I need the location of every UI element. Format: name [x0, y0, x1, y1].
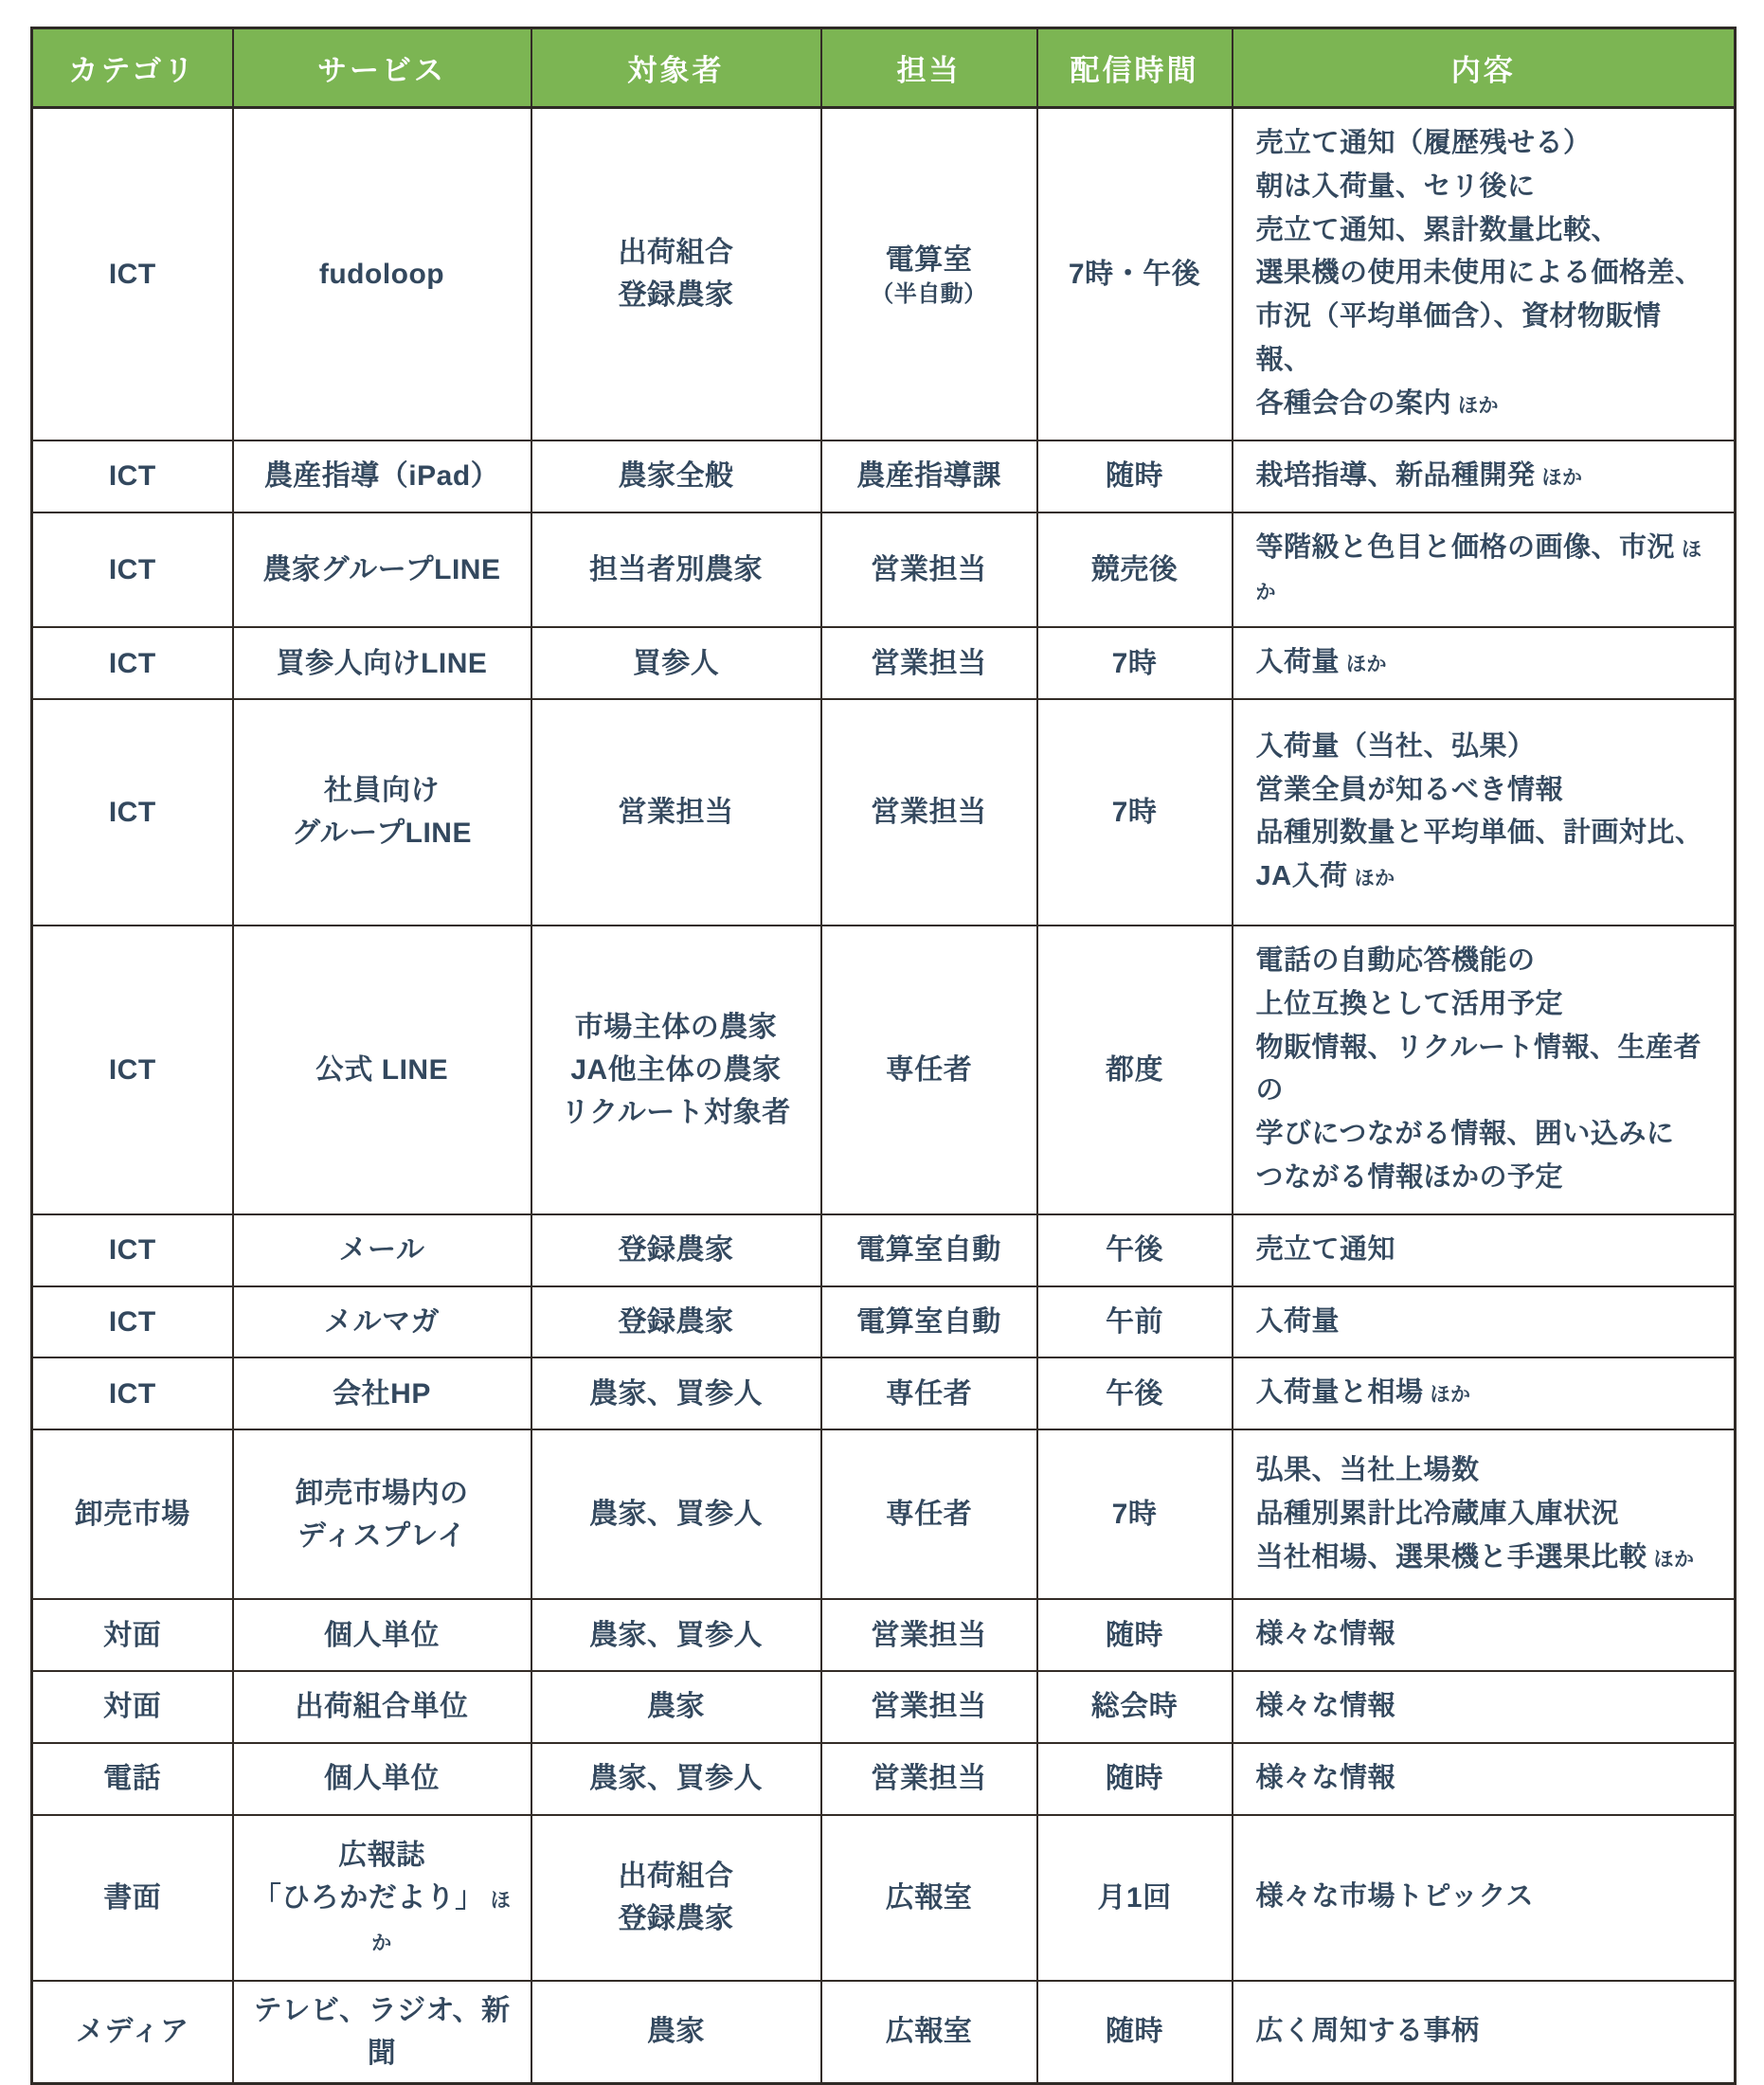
cell-staff: 電算室（半自動）: [821, 108, 1037, 440]
time-text: 月1回: [1097, 1882, 1171, 1914]
column-header-target: 対象者: [531, 28, 821, 108]
time-text: 7時: [1112, 1499, 1158, 1530]
cell-category: ICT: [32, 108, 233, 440]
cell-content: 入荷量: [1233, 1286, 1736, 1358]
cell-staff: 営業担当: [821, 1671, 1037, 1743]
cell-content: 様々な市場トピックス: [1233, 1815, 1736, 1981]
cell-content: 様々な情報: [1233, 1671, 1736, 1743]
cell-target: 農家、買参人: [531, 1429, 821, 1599]
time-text: 7時: [1112, 648, 1158, 679]
content-suffix: ほか: [1355, 868, 1395, 890]
time-text: 競売後: [1091, 554, 1179, 585]
time-text: 午前: [1106, 1306, 1163, 1338]
staff-text: 電算室: [886, 244, 973, 276]
time-text: 7時: [1112, 797, 1158, 828]
cell-time: 7時・午後: [1037, 108, 1233, 440]
content-text: 入荷量と相場: [1256, 1377, 1424, 1408]
service-text: 会社HP: [333, 1378, 431, 1410]
cell-time: 随時: [1037, 1981, 1233, 2084]
service-text: 農産指導（iPad）: [264, 460, 499, 492]
cell-time: 7時: [1037, 1429, 1233, 1599]
cell-service: fudoloop: [233, 108, 531, 440]
cell-time: 随時: [1037, 1743, 1233, 1815]
table-row: 書面 広報誌 「ひろかだより」ほか 出荷組合 登録農家 広報室 月1回 様々な市…: [32, 1815, 1736, 1981]
cell-staff: 電算室自動: [821, 1286, 1037, 1358]
table-row: ICT メール 登録農家 電算室自動 午後 売立て通知: [32, 1214, 1736, 1286]
target-text: 営業担当: [619, 797, 734, 828]
content-text: 入荷量（当社、弘果） 営業全員が知るべき情報 品種別数量と平均単価、計画対比、 …: [1256, 731, 1703, 891]
time-text: 随時: [1106, 1620, 1163, 1651]
target-text: 農家全般: [619, 460, 734, 492]
cell-time: 7時: [1037, 627, 1233, 699]
time-text: 随時: [1106, 1763, 1163, 1794]
column-header-time: 配信時間: [1037, 28, 1233, 108]
cell-content: 電話の自動応答機能の 上位互換として活用予定 物販情報、リクルート情報、生産者の…: [1233, 926, 1736, 1214]
cell-service: 卸売市場内の ディスプレイ: [233, 1429, 531, 1599]
cell-category: ICT: [32, 440, 233, 512]
cell-category: ICT: [32, 926, 233, 1214]
time-text: 午後: [1106, 1234, 1163, 1266]
target-text: 出荷組合 登録農家: [619, 237, 734, 311]
target-text: 農家: [647, 2016, 705, 2047]
cell-time: 月1回: [1037, 1815, 1233, 1981]
cell-content: 様々な情報: [1233, 1599, 1736, 1671]
content-text: 弘果、当社上場数 品種別累計比冷蔵庫入庫状況 当社相場、選果機と手選果比較: [1256, 1455, 1647, 1573]
content-text: 等階級と色目と価格の画像、市況: [1256, 532, 1676, 563]
cell-content: 栽培指導、新品種開発ほか: [1233, 440, 1736, 512]
staff-text: 電算室自動: [856, 1306, 1001, 1338]
content-suffix: ほか: [1542, 467, 1583, 489]
cell-service: 広報誌 「ひろかだより」ほか: [233, 1815, 531, 1981]
table-row: 卸売市場 卸売市場内の ディスプレイ 農家、買参人 専任者 7時 弘果、当社上場…: [32, 1429, 1736, 1599]
cell-target: 登録農家: [531, 1214, 821, 1286]
service-text: メルマガ: [324, 1306, 440, 1338]
cell-category: ICT: [32, 627, 233, 699]
cell-category: ICT: [32, 1286, 233, 1358]
time-text: 7時・午後: [1069, 259, 1200, 290]
category-text: 卸売市場: [75, 1499, 190, 1530]
cell-content: 等階級と色目と価格の画像、市況ほか: [1233, 512, 1736, 628]
cell-staff: 営業担当: [821, 627, 1037, 699]
cell-content: 広く周知する事柄: [1233, 1981, 1736, 2084]
category-text: 電話: [103, 1763, 161, 1794]
category-text: ICT: [109, 554, 156, 585]
cell-category: 対面: [32, 1599, 233, 1671]
cell-target: 農家、買参人: [531, 1357, 821, 1429]
cell-time: 都度: [1037, 926, 1233, 1214]
cell-time: 午前: [1037, 1286, 1233, 1358]
cell-staff: 専任者: [821, 926, 1037, 1214]
cell-staff: 電算室自動: [821, 1214, 1037, 1286]
service-text: 個人単位: [324, 1763, 440, 1794]
target-text: 登録農家: [619, 1306, 734, 1338]
table-row: ICT メルマガ 登録農家 電算室自動 午前 入荷量: [32, 1286, 1736, 1358]
service-text: 広報誌 「ひろかだより」: [253, 1840, 484, 1914]
service-text: メール: [339, 1234, 425, 1266]
cell-staff: 広報室: [821, 1981, 1037, 2084]
header-row: カテゴリ サービス 対象者 担当 配信時間 内容: [32, 28, 1736, 108]
staff-text: 広報室: [886, 2016, 973, 2047]
cell-target: 登録農家: [531, 1286, 821, 1358]
cell-target: 営業担当: [531, 699, 821, 926]
table-row: ICT 公式 LINE 市場主体の農家 JA他主体の農家 リクルート対象者 専任…: [32, 926, 1736, 1214]
target-text: 農家、買参人: [589, 1378, 763, 1410]
table-row: ICT 会社HP 農家、買参人 専任者 午後 入荷量と相場ほか: [32, 1357, 1736, 1429]
staff-text: 営業担当: [872, 1620, 987, 1651]
column-header-category: カテゴリ: [32, 28, 233, 108]
target-text: 買参人: [633, 648, 720, 679]
cell-staff: 営業担当: [821, 512, 1037, 628]
cell-service: 農産指導（iPad）: [233, 440, 531, 512]
category-text: ICT: [109, 1378, 156, 1410]
cell-category: ICT: [32, 512, 233, 628]
cell-service: メール: [233, 1214, 531, 1286]
cell-target: 農家: [531, 1671, 821, 1743]
content-suffix: ほか: [1346, 654, 1387, 675]
category-text: 書面: [103, 1882, 161, 1914]
cell-content: 入荷量ほか: [1233, 627, 1736, 699]
cell-target: 出荷組合 登録農家: [531, 108, 821, 440]
category-text: メディア: [76, 2016, 189, 2047]
staff-text: 電算室自動: [856, 1234, 1001, 1266]
cell-staff: 広報室: [821, 1815, 1037, 1981]
target-text: 担当者別農家: [589, 554, 763, 585]
table-row: メディア テレビ、ラジオ、新聞 農家 広報室 随時 広く周知する事柄: [32, 1981, 1736, 2084]
staff-text: 営業担当: [872, 797, 987, 828]
category-text: 対面: [103, 1691, 161, 1722]
column-header-staff: 担当: [821, 28, 1037, 108]
cell-target: 農家全般: [531, 440, 821, 512]
time-text: 随時: [1106, 2016, 1163, 2047]
cell-content: 売立て通知（履歴残せる） 朝は入荷量、セリ後に 売立て通知、累計数量比較、 選果…: [1233, 108, 1736, 440]
category-text: ICT: [109, 1054, 156, 1086]
cell-target: 担当者別農家: [531, 512, 821, 628]
cell-category: 書面: [32, 1815, 233, 1981]
staff-text: 広報室: [886, 1882, 973, 1914]
table-row: ICT 農産指導（iPad） 農家全般 農産指導課 随時 栽培指導、新品種開発ほ…: [32, 440, 1736, 512]
cell-target: 農家、買参人: [531, 1743, 821, 1815]
table-row: 対面 個人単位 農家、買参人 営業担当 随時 様々な情報: [32, 1599, 1736, 1671]
cell-time: 7時: [1037, 699, 1233, 926]
service-text: 社員向け グループLINE: [292, 775, 472, 849]
category-text: ICT: [109, 460, 156, 492]
target-text: 市場主体の農家 JA他主体の農家 リクルート対象者: [561, 1012, 791, 1128]
category-text: ICT: [109, 797, 156, 828]
cell-service: テレビ、ラジオ、新聞: [233, 1981, 531, 2084]
table-row: 電話 個人単位 農家、買参人 営業担当 随時 様々な情報: [32, 1743, 1736, 1815]
cell-target: 出荷組合 登録農家: [531, 1815, 821, 1981]
staff-text: 営業担当: [872, 554, 987, 585]
cell-category: 電話: [32, 1743, 233, 1815]
communication-channels-table: カテゴリ サービス 対象者 担当 配信時間 内容 ICT fudoloop 出荷…: [30, 27, 1737, 2085]
cell-content: 入荷量（当社、弘果） 営業全員が知るべき情報 品種別数量と平均単価、計画対比、 …: [1233, 699, 1736, 926]
time-text: 総会時: [1091, 1691, 1179, 1722]
cell-service: 公式 LINE: [233, 926, 531, 1214]
content-suffix: ほか: [1458, 395, 1499, 417]
target-text: 農家、買参人: [589, 1763, 763, 1794]
cell-service: 会社HP: [233, 1357, 531, 1429]
content-suffix: ほか: [1654, 1549, 1695, 1571]
cell-time: 午後: [1037, 1214, 1233, 1286]
table-row: 対面 出荷組合単位 農家 営業担当 総会時 様々な情報: [32, 1671, 1736, 1743]
cell-content: 様々な情報: [1233, 1743, 1736, 1815]
service-text: 公式 LINE: [315, 1054, 448, 1086]
cell-staff: 専任者: [821, 1429, 1037, 1599]
target-text: 農家、買参人: [589, 1620, 763, 1651]
cell-content: 売立て通知: [1233, 1214, 1736, 1286]
cell-staff: 営業担当: [821, 1743, 1037, 1815]
category-text: ICT: [109, 1234, 156, 1266]
cell-service: 出荷組合単位: [233, 1671, 531, 1743]
staff-text: 専任者: [886, 1499, 973, 1530]
cell-content: 入荷量と相場ほか: [1233, 1357, 1736, 1429]
content-text: 売立て通知（履歴残せる） 朝は入荷量、セリ後に 売立て通知、累計数量比較、 選果…: [1256, 128, 1703, 419]
target-text: 農家: [647, 1691, 705, 1722]
cell-target: 市場主体の農家 JA他主体の農家 リクルート対象者: [531, 926, 821, 1214]
staff-subtext: （半自動）: [832, 281, 1027, 309]
staff-text: 農産指導課: [856, 460, 1001, 492]
column-header-service: サービス: [233, 28, 531, 108]
cell-staff: 専任者: [821, 1357, 1037, 1429]
cell-category: 卸売市場: [32, 1429, 233, 1599]
cell-service: 個人単位: [233, 1743, 531, 1815]
staff-text: 営業担当: [872, 648, 987, 679]
content-suffix: ほか: [1431, 1384, 1471, 1406]
service-text: 個人単位: [324, 1620, 440, 1651]
table-body: ICT fudoloop 出荷組合 登録農家 電算室（半自動） 7時・午後 売立…: [32, 108, 1736, 2084]
staff-text: 営業担当: [872, 1763, 987, 1794]
table-header: カテゴリ サービス 対象者 担当 配信時間 内容: [32, 28, 1736, 108]
category-text: ICT: [109, 1306, 156, 1338]
service-text: 買参人向けLINE: [277, 648, 488, 679]
cell-time: 総会時: [1037, 1671, 1233, 1743]
cell-target: 買参人: [531, 627, 821, 699]
content-text: 売立て通知: [1256, 1234, 1396, 1265]
service-text: 出荷組合単位: [296, 1691, 469, 1722]
table-row: ICT 買参人向けLINE 買参人 営業担当 7時 入荷量ほか: [32, 627, 1736, 699]
cell-staff: 営業担当: [821, 1599, 1037, 1671]
time-text: 午後: [1106, 1378, 1163, 1410]
cell-time: 随時: [1037, 1599, 1233, 1671]
category-text: ICT: [109, 259, 156, 290]
content-text: 広く周知する事柄: [1256, 2016, 1480, 2046]
cell-time: 午後: [1037, 1357, 1233, 1429]
cell-service: 個人単位: [233, 1599, 531, 1671]
cell-staff: 農産指導課: [821, 440, 1037, 512]
cell-time: 競売後: [1037, 512, 1233, 628]
cell-target: 農家: [531, 1981, 821, 2084]
column-header-content: 内容: [1233, 28, 1736, 108]
content-text: 様々な情報: [1256, 1619, 1396, 1649]
cell-category: ICT: [32, 699, 233, 926]
time-text: 随時: [1106, 460, 1163, 492]
cell-service: メルマガ: [233, 1286, 531, 1358]
target-text: 出荷組合 登録農家: [619, 1860, 734, 1934]
content-text: 様々な情報: [1256, 1763, 1396, 1793]
cell-service: 買参人向けLINE: [233, 627, 531, 699]
time-text: 都度: [1106, 1054, 1163, 1086]
staff-text: 専任者: [886, 1054, 973, 1086]
service-text: テレビ、ラジオ、新聞: [254, 1995, 511, 2069]
table-row: ICT 農家グループLINE 担当者別農家 営業担当 競売後 等階級と色目と価格…: [32, 512, 1736, 628]
content-text: 様々な市場トピックス: [1256, 1881, 1535, 1912]
cell-service: 農家グループLINE: [233, 512, 531, 628]
content-text: 電話の自動応答機能の 上位互換として活用予定 物販情報、リクルート情報、生産者の…: [1256, 945, 1702, 1193]
cell-service: 社員向け グループLINE: [233, 699, 531, 926]
category-text: 対面: [103, 1620, 161, 1651]
page-canvas: カテゴリ サービス 対象者 担当 配信時間 内容 ICT fudoloop 出荷…: [0, 0, 1764, 1940]
cell-category: ICT: [32, 1214, 233, 1286]
cell-category: 対面: [32, 1671, 233, 1743]
content-text: 様々な情報: [1256, 1691, 1396, 1721]
target-text: 登録農家: [619, 1234, 734, 1266]
category-text: ICT: [109, 648, 156, 679]
cell-time: 随時: [1037, 440, 1233, 512]
cell-category: ICT: [32, 1357, 233, 1429]
staff-text: 専任者: [886, 1378, 973, 1410]
table-row: ICT 社員向け グループLINE 営業担当 営業担当 7時 入荷量（当社、弘果…: [32, 699, 1736, 926]
content-text: 入荷量: [1256, 1306, 1341, 1337]
target-text: 農家、買参人: [589, 1499, 763, 1530]
table-row: ICT fudoloop 出荷組合 登録農家 電算室（半自動） 7時・午後 売立…: [32, 108, 1736, 440]
service-text: 農家グループLINE: [263, 554, 501, 585]
cell-staff: 営業担当: [821, 699, 1037, 926]
staff-text: 営業担当: [872, 1691, 987, 1722]
cell-content: 弘果、当社上場数 品種別累計比冷蔵庫入庫状況 当社相場、選果機と手選果比較ほか: [1233, 1429, 1736, 1599]
cell-category: メディア: [32, 1981, 233, 2084]
content-text: 栽培指導、新品種開発: [1256, 460, 1536, 491]
service-text: fudoloop: [319, 259, 444, 290]
cell-target: 農家、買参人: [531, 1599, 821, 1671]
content-text: 入荷量: [1256, 647, 1341, 677]
service-text: 卸売市場内の ディスプレイ: [296, 1478, 469, 1552]
